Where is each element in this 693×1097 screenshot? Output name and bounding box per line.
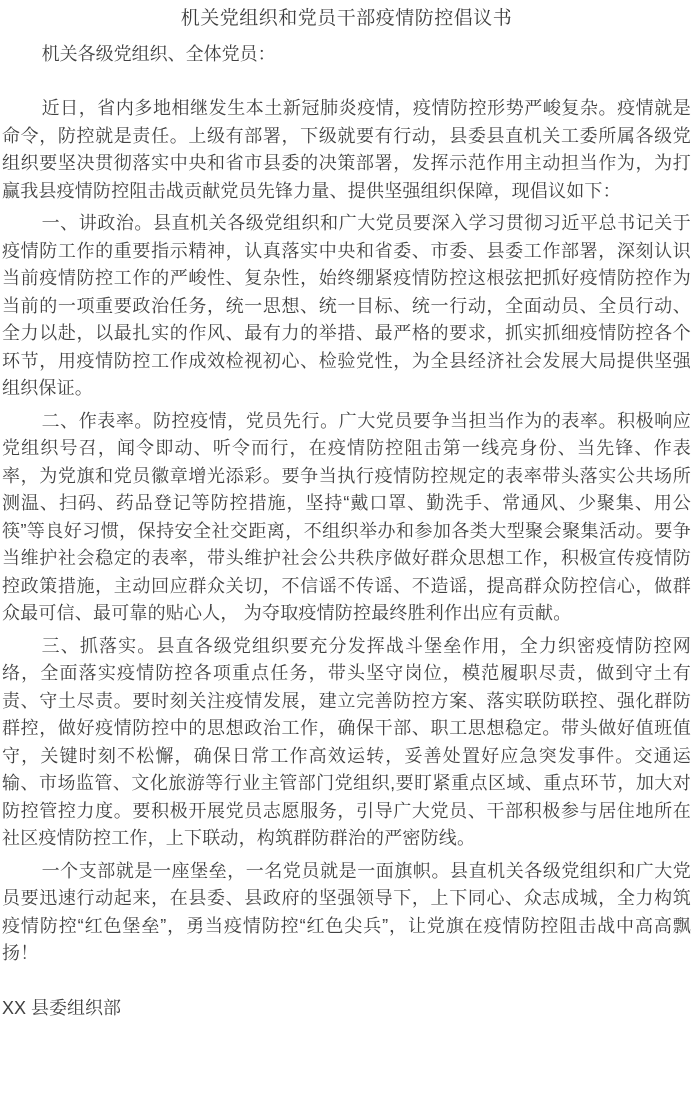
blank-line xyxy=(2,968,691,995)
signature: XX 县委组织部 xyxy=(2,995,691,1023)
paragraph-point-3: 三、抓落实。县直各级党组织要充分发挥战斗堡垒作用，全力织密疫情防控网络，全面落实… xyxy=(2,633,691,853)
paragraph-point-2: 二、作表率。防控疫情，党员先行。广大党员要争当担当作为的表率。积极响应党组织号召… xyxy=(2,408,691,628)
paragraph-point-1: 一、讲政治。县直机关各级党组织和广大党员要深入学习贯彻习近平总书记关于疫情防工作… xyxy=(2,210,691,403)
paragraph-intro: 近日，省内多地相继发生本土新冠肺炎疫情，疫情防控形势严峻复杂。疫情就是命令，防控… xyxy=(2,95,691,205)
salutation: 机关各级党组织、全体党员： xyxy=(2,41,691,69)
blank-line xyxy=(2,68,691,95)
document-page: 机关党组织和党员干部疫情防控倡议书 机关各级党组织、全体党员： 近日，省内多地相… xyxy=(0,0,693,1097)
document-title: 机关党组织和党员干部疫情防控倡议书 xyxy=(2,5,691,33)
paragraph-closing: 一个支部就是一座堡垒，一名党员就是一面旗帜。县直机关各级党组织和广大党员要迅速行… xyxy=(2,858,691,968)
